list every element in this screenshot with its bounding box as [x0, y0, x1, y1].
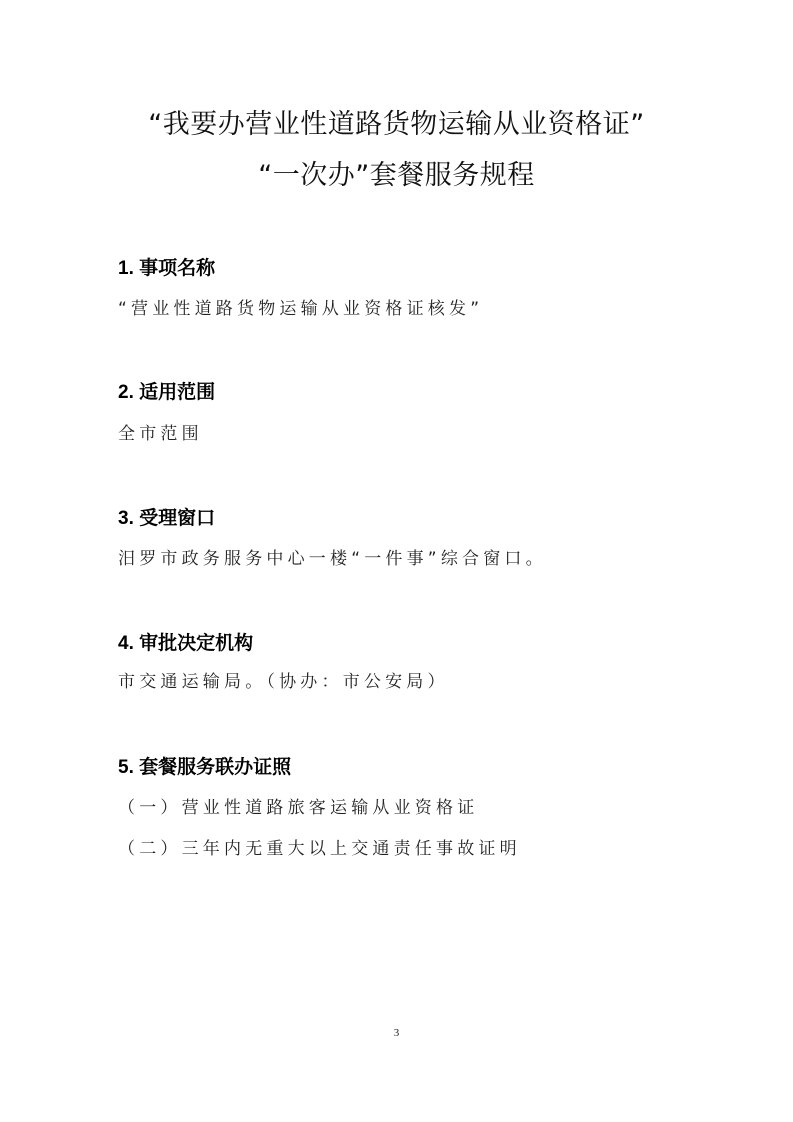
document-page: “我要办营业性道路货物运输从业资格证” “一次办”套餐服务规程 1. 事项名称 … [0, 0, 793, 1122]
document-title-line-1: “我要办营业性道路货物运输从业资格证” [0, 102, 793, 141]
section-body-approval-authority: 市交通运输局。（协办：市公安局） [118, 667, 449, 692]
section-body-acceptance-window: 汨罗市政务服务中心一楼“一件事”综合窗口。 [118, 544, 547, 569]
page-number: 3 [0, 1027, 793, 1039]
document-title-line-2: “一次办”套餐服务规程 [0, 153, 793, 192]
section-body-joint-certificate-1: （一）营业性道路旅客运输从业资格证 [118, 793, 478, 818]
section-body-joint-certificate-2: （二）三年内无重大以上交通责任事故证明 [118, 834, 521, 859]
section-body-scope: 全市范围 [118, 419, 203, 444]
section-heading-approval-authority: 4. 审批决定机构 [118, 628, 253, 655]
section-body-item-name: “营业性道路货物运输从业资格证核发” [118, 294, 483, 319]
section-heading-item-name: 1. 事项名称 [118, 253, 215, 280]
section-heading-joint-certificates: 5. 套餐服务联办证照 [118, 752, 291, 779]
section-heading-scope: 2. 适用范围 [118, 377, 215, 404]
section-heading-acceptance-window: 3. 受理窗口 [118, 503, 215, 530]
